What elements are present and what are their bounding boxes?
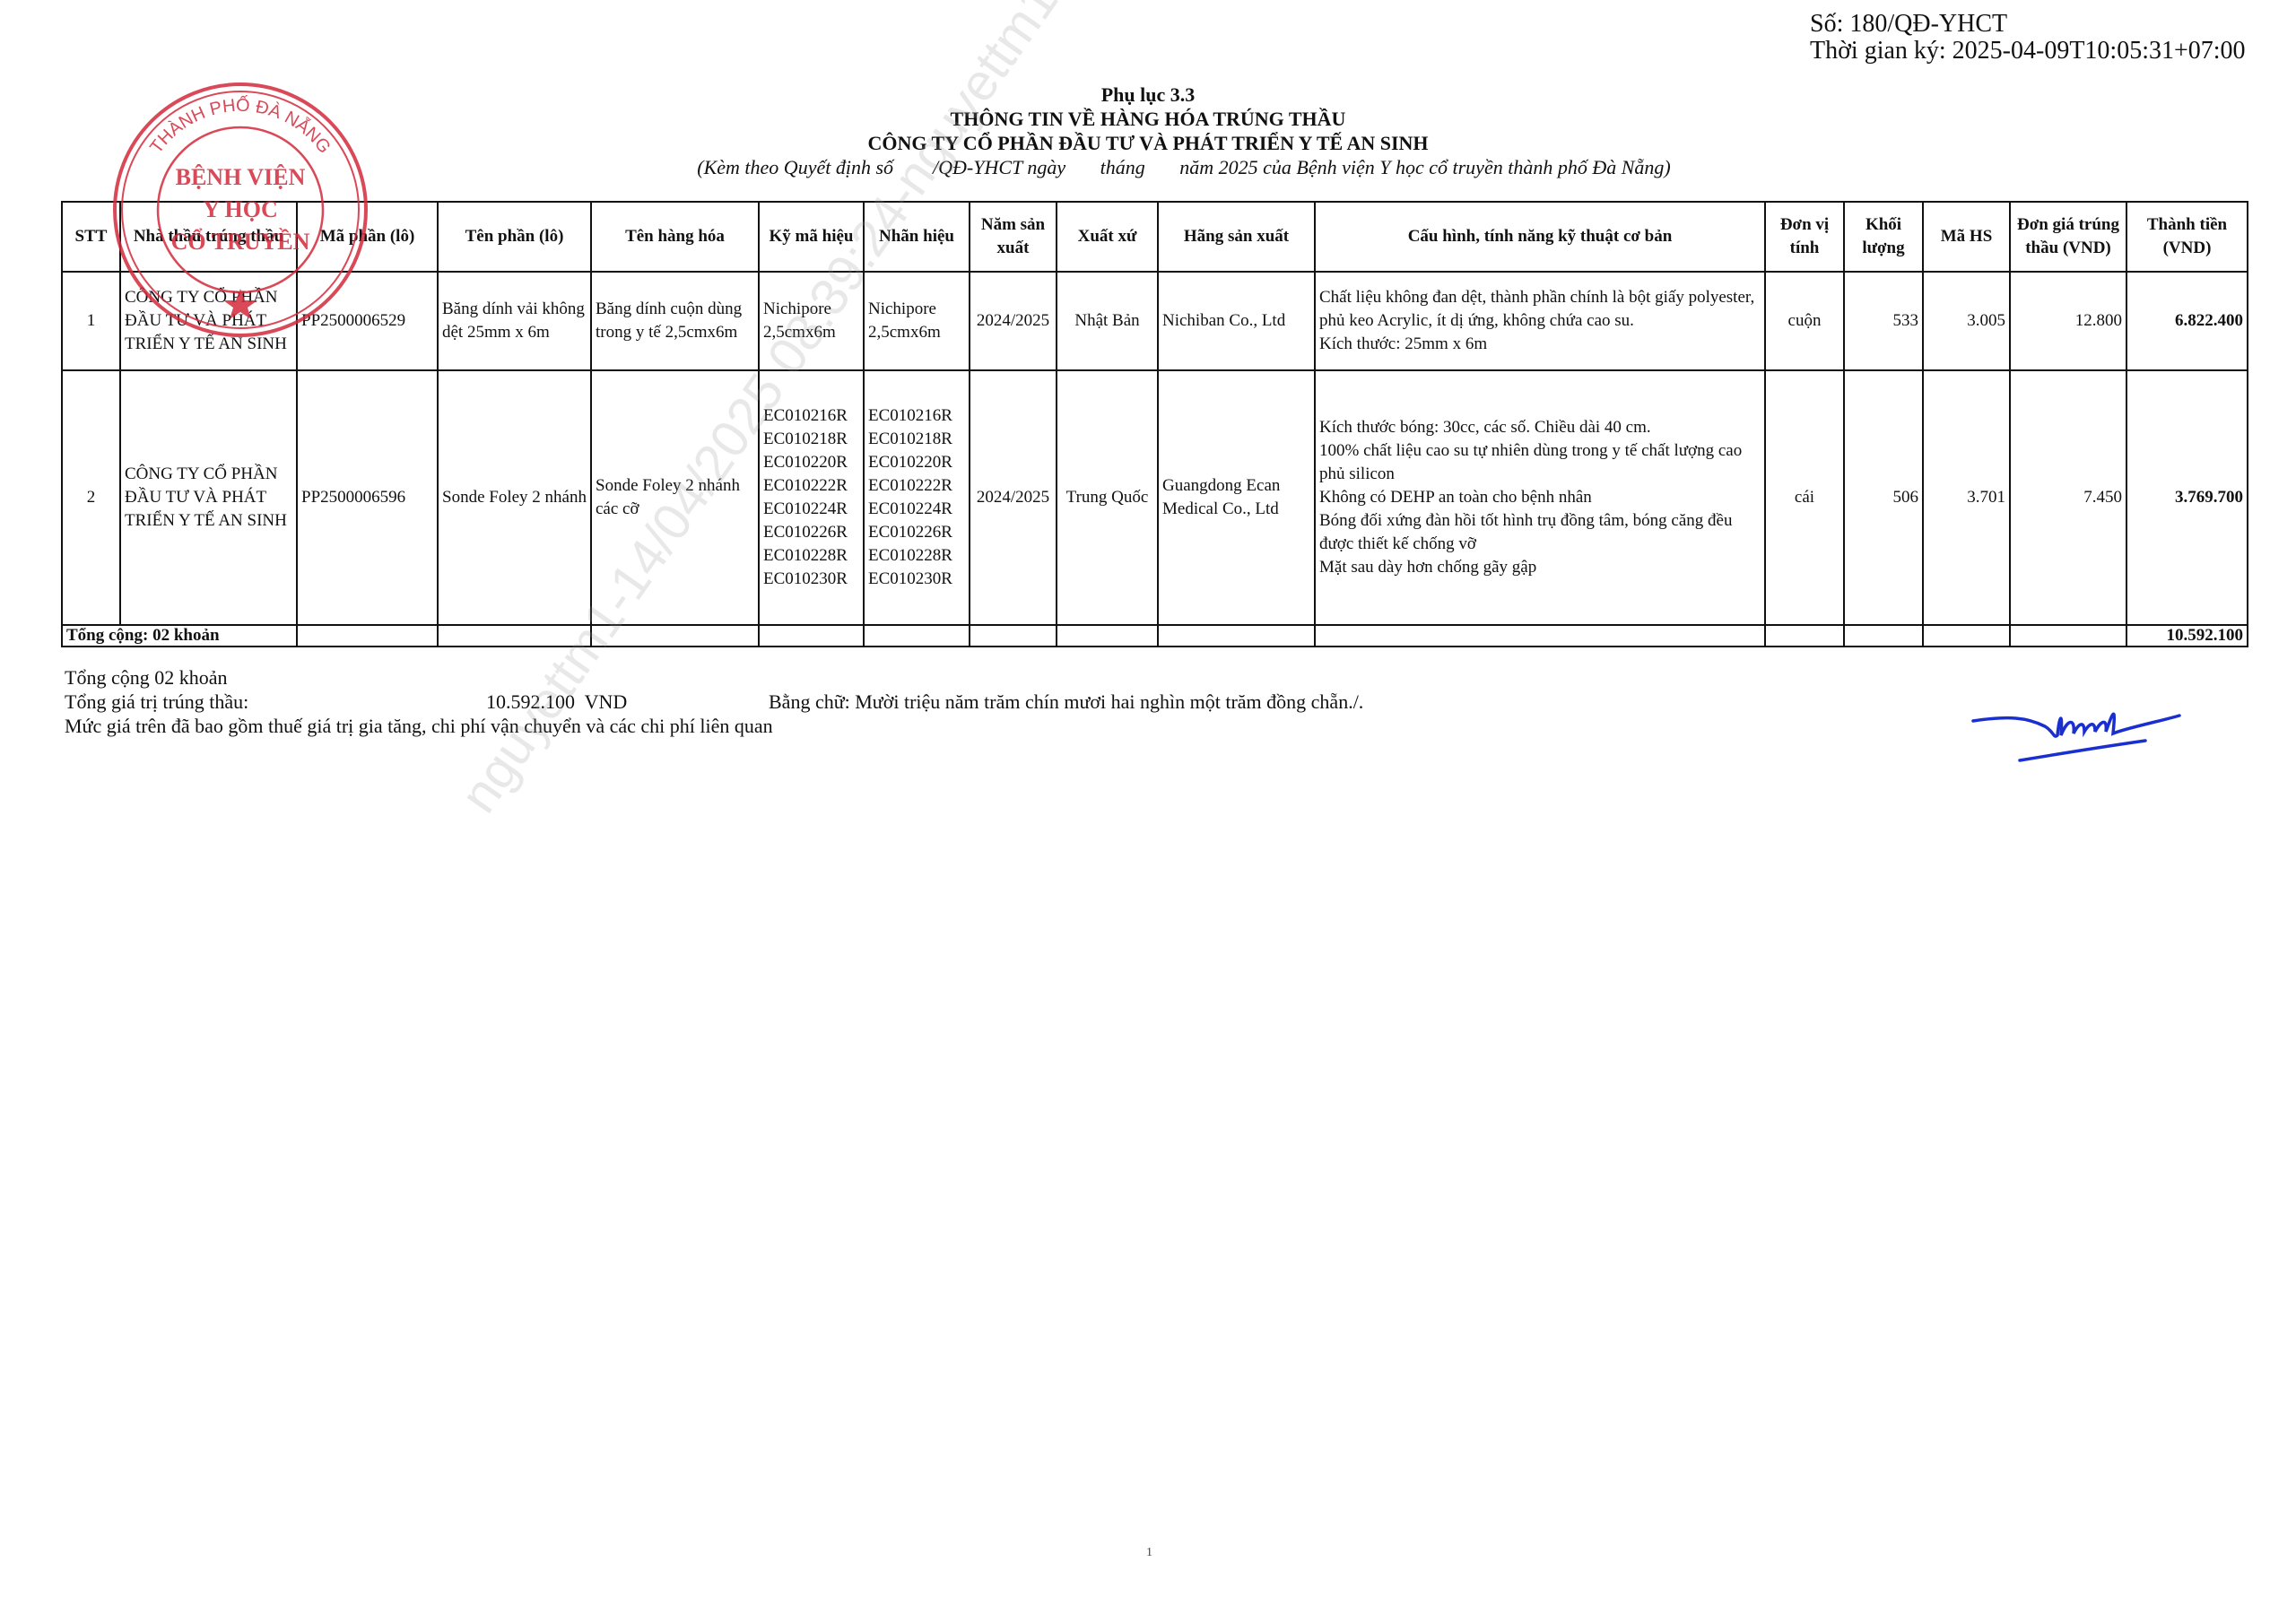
cell-lot-name: Băng dính vải không dệt 25mm x 6m <box>438 272 591 370</box>
empty-cell <box>591 625 759 647</box>
reference-line: (Kèm theo Quyết định số /QĐ-YHCT ngày th… <box>0 155 2296 179</box>
cell-hs-code: 3.005 <box>1923 272 2010 370</box>
col-header: Nhà thầu trúng thầu <box>120 202 297 272</box>
cell-model-code: Nichipore 2,5cmx6m <box>759 272 864 370</box>
cell-year: 2024/2025 <box>970 370 1057 625</box>
cell-brand: EC010216R EC010218R EC010220R EC010222R … <box>864 370 970 625</box>
cell-amount: 6.822.400 <box>2126 272 2248 370</box>
empty-cell <box>1844 625 1923 647</box>
company-name: CÔNG TY CỔ PHẦN ĐẦU TƯ VÀ PHÁT TRIỂN Y T… <box>0 131 2296 155</box>
table-header-row: STT Nhà thầu trúng thầu Mã phần (lô) Tên… <box>62 202 2248 272</box>
col-header: Cấu hình, tính năng kỹ thuật cơ bản <box>1315 202 1765 272</box>
total-label: Tổng cộng: 02 khoản <box>62 625 297 647</box>
col-header: Hãng sản xuất <box>1158 202 1315 272</box>
winning-goods-table: STT Nhà thầu trúng thầu Mã phần (lô) Tên… <box>61 201 2248 647</box>
empty-cell <box>1158 625 1315 647</box>
summary-section: Tổng cộng 02 khoản Tổng giá trị trúng th… <box>65 665 1363 738</box>
cell-contractor: CÔNG TY CỔ PHẦN ĐẦU TƯ VÀ PHÁT TRIỂN Y T… <box>120 272 297 370</box>
signature-icon <box>1964 681 2197 771</box>
cell-unit-price: 12.800 <box>2010 272 2126 370</box>
col-header: Kỹ mã hiệu <box>759 202 864 272</box>
col-header: Nhãn hiệu <box>864 202 970 272</box>
cell-specs: Chất liệu không đan dệt, thành phần chín… <box>1315 272 1765 370</box>
cell-model-code: EC010216R EC010218R EC010220R EC010222R … <box>759 370 864 625</box>
table-total-row: Tổng cộng: 02 khoản 10.592.100 <box>62 625 2248 647</box>
cell-quantity: 506 <box>1844 370 1923 625</box>
cell-amount: 3.769.700 <box>2126 370 2248 625</box>
col-header: Mã HS <box>1923 202 2010 272</box>
cell-stt: 1 <box>62 272 120 370</box>
empty-cell <box>1315 625 1765 647</box>
empty-cell <box>759 625 864 647</box>
col-header: Đơn giá trúng thầu (VND) <box>2010 202 2126 272</box>
cell-specs: Kích thước bóng: 30cc, các số. Chiều dài… <box>1315 370 1765 625</box>
empty-cell <box>1765 625 1844 647</box>
document-title: THÔNG TIN VỀ HÀNG HÓA TRÚNG THẦU <box>0 107 2296 131</box>
cell-year: 2024/2025 <box>970 272 1057 370</box>
cell-contractor: CÔNG TY CỔ PHẦN ĐẦU TƯ VÀ PHÁT TRIỂN Y T… <box>120 370 297 625</box>
appendix-label: Phụ lục 3.3 <box>0 82 2296 107</box>
total-value-label: Tổng giá trị trúng thầu: <box>65 690 486 714</box>
cell-quantity: 533 <box>1844 272 1923 370</box>
cell-goods-name: Sonde Foley 2 nhánh các cỡ <box>591 370 759 625</box>
cell-brand: Nichipore 2,5cmx6m <box>864 272 970 370</box>
document-header: Phụ lục 3.3 THÔNG TIN VỀ HÀNG HÓA TRÚNG … <box>0 82 2296 179</box>
col-header: Năm sản xuất <box>970 202 1057 272</box>
cell-unit-price: 7.450 <box>2010 370 2126 625</box>
col-header: Mã phần (lô) <box>297 202 438 272</box>
page-number: 1 <box>1146 1546 1152 1560</box>
total-value-amount: 10.592.100 VND <box>486 690 769 714</box>
empty-cell <box>2010 625 2126 647</box>
empty-cell <box>1057 625 1158 647</box>
cell-origin: Trung Quốc <box>1057 370 1158 625</box>
table-row: 1 CÔNG TY CỔ PHẦN ĐẦU TƯ VÀ PHÁT TRIỂN Y… <box>62 272 2248 370</box>
col-header: Tên phần (lô) <box>438 202 591 272</box>
col-header: STT <box>62 202 120 272</box>
digital-signature-info: Số: 180/QĐ-YHCT Thời gian ký: 2025-04-09… <box>1810 11 2246 65</box>
col-header: Đơn vị tính <box>1765 202 1844 272</box>
empty-cell <box>438 625 591 647</box>
cell-lot-code: PP2500006529 <box>297 272 438 370</box>
col-header: Tên hàng hóa <box>591 202 759 272</box>
summary-count: Tổng cộng 02 khoản <box>65 665 1363 690</box>
price-note: Mức giá trên đã bao gồm thuế giá trị gia… <box>65 714 1363 738</box>
empty-cell <box>1923 625 2010 647</box>
col-header: Xuất xứ <box>1057 202 1158 272</box>
cell-manufacturer: Guangdong Ecan Medical Co., Ltd <box>1158 370 1315 625</box>
col-header: Khối lượng <box>1844 202 1923 272</box>
empty-cell <box>970 625 1057 647</box>
cell-lot-name: Sonde Foley 2 nhánh <box>438 370 591 625</box>
cell-hs-code: 3.701 <box>1923 370 2010 625</box>
cell-unit: cái <box>1765 370 1844 625</box>
cell-stt: 2 <box>62 370 120 625</box>
cell-origin: Nhật Bản <box>1057 272 1158 370</box>
table-row: 2 CÔNG TY CỔ PHẦN ĐẦU TƯ VÀ PHÁT TRIỂN Y… <box>62 370 2248 625</box>
cell-manufacturer: Nichiban Co., Ltd <box>1158 272 1315 370</box>
cell-lot-code: PP2500006596 <box>297 370 438 625</box>
cell-goods-name: Băng dính cuộn dùng trong y tế 2,5cmx6m <box>591 272 759 370</box>
cell-unit: cuộn <box>1765 272 1844 370</box>
empty-cell <box>297 625 438 647</box>
col-header: Thành tiền (VND) <box>2126 202 2248 272</box>
amount-in-words: Bằng chữ: Mười triệu năm trăm chín mươi … <box>769 690 1363 714</box>
signed-time: Thời gian ký: 2025-04-09T10:05:31+07:00 <box>1810 38 2246 65</box>
decision-number: Số: 180/QĐ-YHCT <box>1810 11 2246 38</box>
empty-cell <box>864 625 970 647</box>
total-amount: 10.592.100 <box>2126 625 2248 647</box>
